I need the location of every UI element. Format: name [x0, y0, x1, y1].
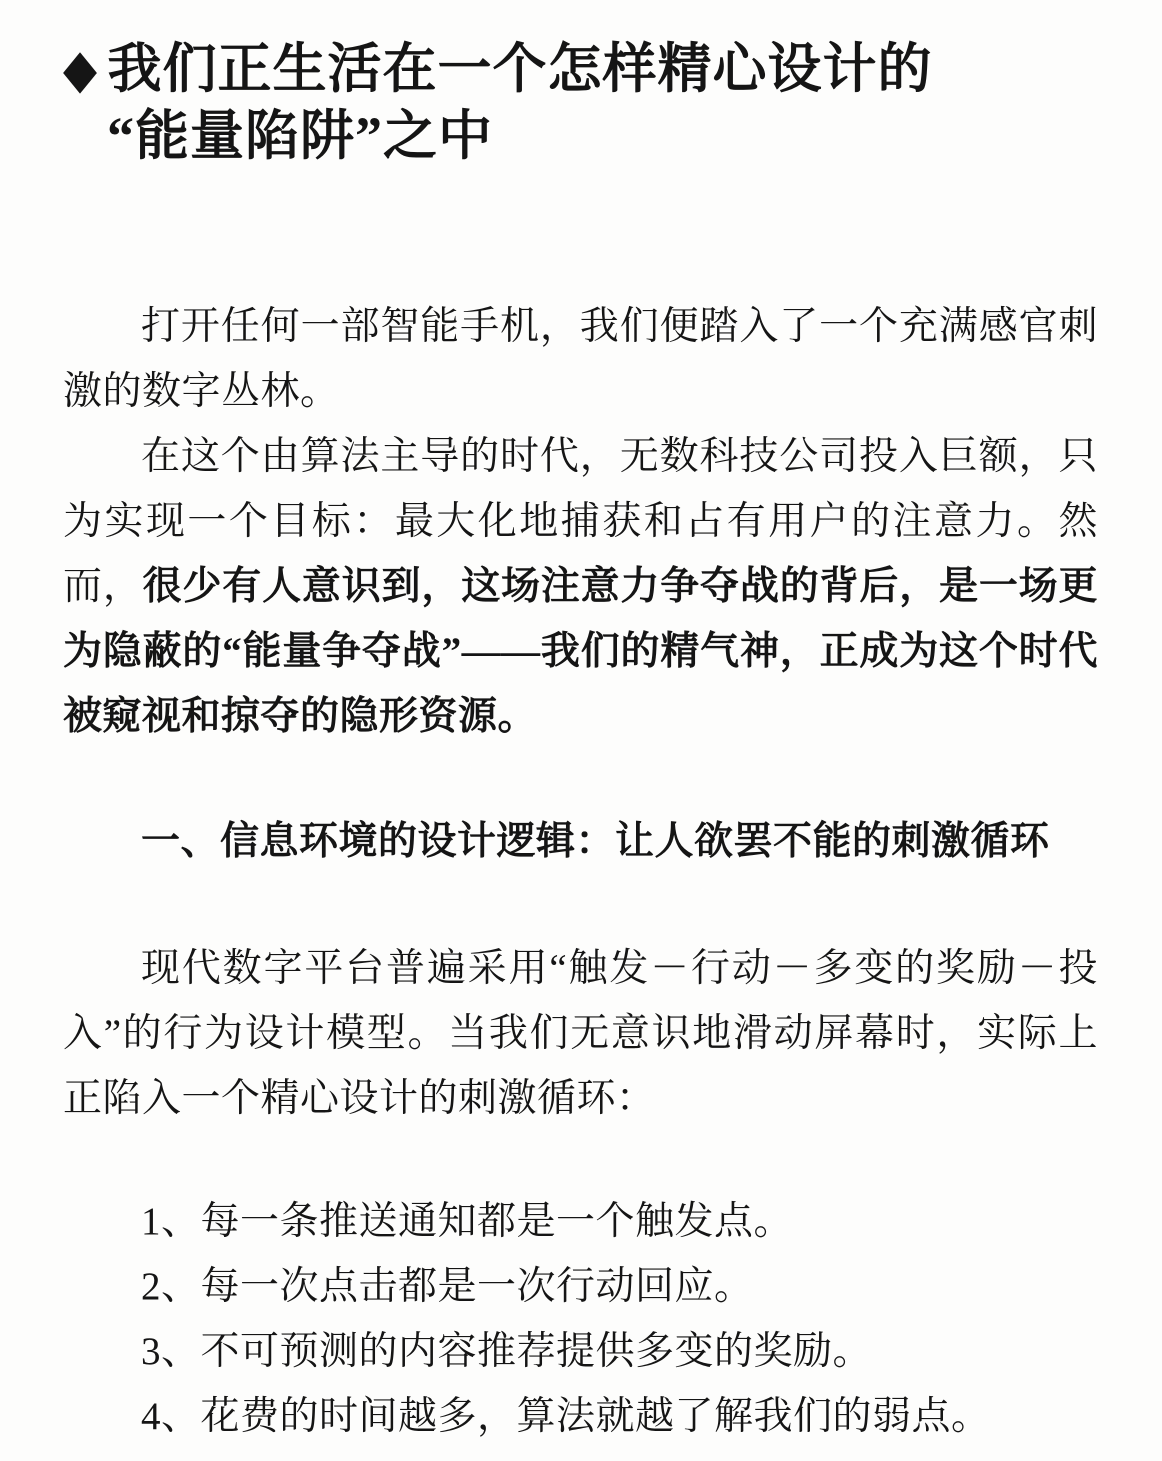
intro-paragraph-2: 在这个由算法主导的时代，无数科技公司投入巨额，只为实现一个目标：最大化地捕获和占… [63, 424, 1098, 749]
intro-paragraph-1: 打开任何一部智能手机，我们便踏入了一个充满感官刺激的数字丛林。 [63, 294, 1098, 424]
stimulus-cycle-list: 1、每一条推送通知都是一个触发点。 2、每一次点击都是一次行动回应。 3、不可预… [63, 1189, 1098, 1449]
chapter-title-line1: ◆我们正生活在一个怎样精心设计的 [63, 36, 1098, 103]
intro-paragraph-2-bold: 很少有人意识到，这场注意力争夺战的背后，是一场更为隐蔽的“能量争夺战”——我们的… [63, 565, 1098, 738]
section-heading: 一、信息环境的设计逻辑：让人欲罢不能的刺激循环 [63, 809, 1098, 874]
list-item-1: 1、每一条推送通知都是一个触发点。 [141, 1189, 1098, 1254]
section-paragraph: 现代数字平台普遍采用“触发－行动－多变的奖励－投入”的行为设计模型。当我们无意识… [63, 936, 1098, 1131]
list-item-3: 3、不可预测的内容推荐提供多变的奖励。 [141, 1319, 1098, 1384]
list-item-2: 2、每一次点击都是一次行动回应。 [141, 1254, 1098, 1319]
diamond-bullet-icon: ◆ [63, 36, 98, 103]
list-item-4: 4、花费的时间越多，算法就越了解我们的弱点。 [141, 1384, 1098, 1449]
chapter-title-line2: “能量陷阱”之中 [63, 103, 1098, 170]
chapter-title: ◆我们正生活在一个怎样精心设计的 “能量陷阱”之中 [63, 36, 1098, 170]
document-page: ◆我们正生活在一个怎样精心设计的 “能量陷阱”之中 打开任何一部智能手机，我们便… [0, 0, 1162, 1461]
chapter-title-line1-text: 我们正生活在一个怎样精心设计的 [108, 39, 933, 99]
